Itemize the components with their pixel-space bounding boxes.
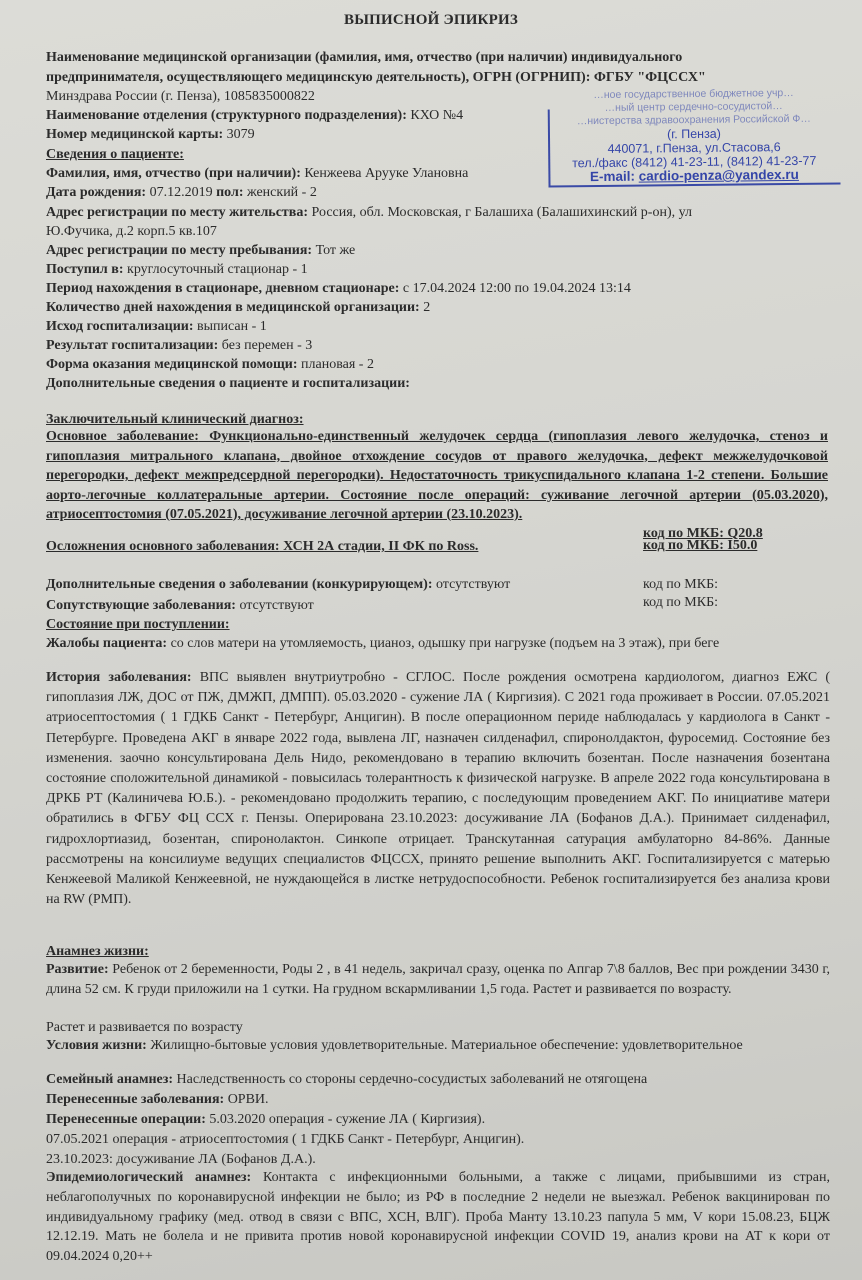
life-history-section-title: Анамнез жизни: [46, 942, 149, 961]
living-value: Жилищно-бытовые условия удовлетворительн… [147, 1038, 743, 1053]
past-operation-2: 07.05.2021 операция - атриосептостомия (… [46, 1130, 524, 1149]
concurrent-label: Дополнительные сведения о заболевании (к… [46, 577, 432, 592]
dob-label: Дата рождения: [46, 185, 146, 200]
address-value: Россия, обл. Московская, г Балашиха (Бал… [308, 205, 692, 220]
period-value: с 17.04.2024 12:00 по 19.04.2024 13:14 [399, 281, 631, 296]
org-value: ФГБУ "ФЦССХ" [590, 70, 705, 85]
disease-history: История заболевания: ВПС выявлен внутриу… [46, 668, 830, 910]
past-operations-value: 5.03.2020 операция - сужение ЛА ( Киргиз… [206, 1112, 485, 1127]
dept-line: Наименование отделения (структурного под… [46, 106, 463, 125]
result-value: без перемен - 3 [218, 338, 312, 353]
patient-section-title: Сведения о пациенте: [46, 145, 184, 164]
complication-line: Осложнения основного заболевания: ХСН 2А… [46, 537, 478, 556]
stay-address-value: Тот же [312, 243, 355, 258]
family-label: Семейный анамнез: [46, 1072, 173, 1087]
stay-address-line: Адрес регистрации по месту пребывания: Т… [46, 241, 355, 260]
development: Развитие: Ребенок от 2 беременности, Род… [46, 960, 830, 999]
address-line-2: Ю.Фучика, д.2 корп.5 кв.107 [46, 222, 217, 241]
outcome-label: Исход госпитализации: [46, 319, 194, 334]
org-label-line-2: предпринимателя, осуществляющего медицин… [46, 68, 706, 87]
sex-label: пол: [213, 185, 244, 200]
days-line: Количество дней нахождения в медицинской… [46, 298, 430, 317]
past-operations-label: Перенесенные операции: [46, 1112, 206, 1127]
stamp-email-label: E-mail: [590, 169, 639, 185]
dept-value: КХО №4 [407, 108, 463, 123]
dob-line: Дата рождения: 07.12.2019 пол: женский -… [46, 183, 317, 202]
section-title: Сведения о пациенте: [46, 147, 184, 162]
living-label: Условия жизни: [46, 1038, 147, 1053]
complaints: Жалобы пациента: со слов матери на утомл… [46, 634, 830, 654]
comorbid-label: Сопутствующие заболевания: [46, 598, 236, 613]
form-value: плановая - 2 [298, 357, 374, 372]
concurrent-mkb-code: код по МКБ: [643, 575, 718, 594]
outcome-line: Исход госпитализации: выписан - 1 [46, 317, 267, 336]
past-diseases-value: ОРВИ. [224, 1092, 268, 1107]
extra-info-label: Дополнительные сведения о пациенте и гос… [46, 376, 410, 391]
complaints-label: Жалобы пациента: [46, 636, 167, 651]
org-label: Наименование медицинской организации (фа… [46, 50, 682, 65]
form-line: Форма оказания медицинской помощи: плано… [46, 355, 374, 374]
comorbid-value: отсутствуют [236, 598, 314, 613]
history-label: История заболевания: [46, 670, 192, 685]
card-line: Номер медицинской карты: 3079 [46, 125, 255, 144]
document-title: ВЫПИСНОЙ ЭПИКРИЗ [0, 12, 862, 29]
section-title: Анамнез жизни: [46, 944, 149, 959]
complication-value: ХСН 2А стадии, II ФК по Ross. [280, 539, 479, 554]
family-value: Наследственность со стороны сердечно-сос… [173, 1072, 647, 1087]
complaints-value: со слов матери на утомляемость, цианоз, … [167, 636, 719, 651]
period-label: Период нахождения в стационаре, дневном … [46, 281, 399, 296]
days-label: Количество дней нахождения в медицинской… [46, 300, 420, 315]
organization-stamp: …ное государственное бюджетное учр… …ный… [548, 86, 841, 185]
dept-label: Наименование отделения (структурного под… [46, 108, 407, 123]
admitted-label: Поступил в: [46, 262, 124, 277]
extra-info-line: Дополнительные сведения о пациенте и гос… [46, 374, 410, 393]
stamp-email-line: E-mail: cardio-penza@yandex.ru [548, 166, 840, 184]
address-label: Адрес регистрации по месту жительства: [46, 205, 308, 220]
org-value-line: Минздрава России (г. Пенза), 10858350008… [46, 87, 315, 106]
section-title: Состояние при поступлении: [46, 617, 230, 632]
result-label: Результат госпитализации: [46, 338, 218, 353]
form-label: Форма оказания медицинской помощи: [46, 357, 298, 372]
name-value: Кенжеева Арууке Улановна [301, 166, 469, 181]
days-value: 2 [420, 300, 431, 315]
stamp-email[interactable]: cardio-penza@yandex.ru [639, 167, 799, 184]
outcome-value: выписан - 1 [194, 319, 267, 334]
sex-value: женский - 2 [243, 185, 316, 200]
family-history-line: Семейный анамнез: Наследственность со ст… [46, 1070, 647, 1089]
section-title: Заключительный клинический диагноз: [46, 412, 304, 427]
concurrent-line: Дополнительные сведения о заболевании (к… [46, 575, 510, 594]
card-label: Номер медицинской карты: [46, 127, 223, 142]
past-operations-line: Перенесенные операции: 5.03.2020 операци… [46, 1110, 485, 1129]
period-line: Период нахождения в стационаре, дневном … [46, 279, 631, 298]
admitted-line: Поступил в: круглосуточный стационар - 1 [46, 260, 308, 279]
epidemiological-history: Эпидемиологический анамнез: Контакта с и… [46, 1168, 830, 1267]
main-diagnosis: Основное заболевание: Функционально-един… [46, 427, 828, 525]
card-value: 3079 [223, 127, 255, 142]
patient-name-line: Фамилия, имя, отчество (при наличии): Ке… [46, 164, 468, 183]
org-label-line-1: Наименование медицинской организации (фа… [46, 48, 682, 67]
admitted-value: круглосуточный стационар - 1 [124, 262, 308, 277]
main-diagnosis-label: Основное заболевание: [46, 429, 199, 444]
past-diseases-line: Перенесенные заболевания: ОРВИ. [46, 1090, 269, 1109]
stay-address-label: Адрес регистрации по месту пребывания: [46, 243, 312, 258]
name-label: Фамилия, имя, отчество (при наличии): [46, 166, 301, 181]
dob-value: 07.12.2019 [146, 185, 213, 200]
epid-label: Эпидемиологический анамнез: [46, 1170, 251, 1185]
comorbid-mkb-code: код по МКБ: [643, 593, 718, 612]
address-line: Адрес регистрации по месту жительства: Р… [46, 203, 692, 222]
concurrent-value: отсутствуют [432, 577, 510, 592]
history-value: ВПС выявлен внутриутробно - СГЛОС. После… [46, 670, 830, 907]
past-diseases-label: Перенесенные заболевания: [46, 1092, 224, 1107]
living-conditions: Условия жизни: Жилищно-бытовые условия у… [46, 1036, 830, 1055]
past-operation-3: 23.10.2023: досуживание ЛА (Бофанов Д.А.… [46, 1150, 316, 1169]
development-label: Развитие: [46, 962, 109, 977]
complication-mkb-code: код по МКБ: I50.0 [643, 536, 757, 555]
development-value: Ребенок от 2 беременности, Роды 2 , в 41… [46, 962, 830, 997]
org-label-cont: предпринимателя, осуществляющего медицин… [46, 70, 590, 85]
result-line: Результат госпитализации: без перемен - … [46, 336, 312, 355]
comorbid-line: Сопутствующие заболевания: отсутствуют [46, 596, 314, 615]
development-extra: Растет и развивается по возрасту [46, 1018, 243, 1037]
admission-section-title: Состояние при поступлении: [46, 615, 230, 634]
complication-label: Осложнения основного заболевания: [46, 539, 280, 554]
